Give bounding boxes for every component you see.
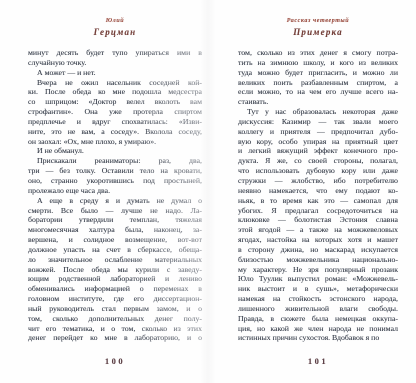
- text-line: денег перейдет ко мне в лабораторию, и о: [28, 333, 202, 343]
- text-line: оно, странно укоротившись под простыней,: [28, 176, 202, 186]
- text-line: том, сколько из этих денег я смогу потра…: [238, 48, 398, 58]
- body-text-left: минут десять будет тупо упираться ими вс…: [28, 48, 202, 343]
- text-line: Вчера не ожил насельник соседней кой-: [28, 78, 202, 88]
- text-line: смерти. Все было — лучше не надо. Ла-: [28, 206, 202, 216]
- text-line: ньяк, в то время как это — самопал для: [238, 196, 398, 206]
- text-line: И не обманул.: [28, 146, 202, 156]
- text-line: ющим родственной лабораторией и лениво: [28, 274, 202, 284]
- text-line: А еще в среду я и думать не думал о: [28, 196, 202, 206]
- text-line: Прискакали реаниматоры: раз, два,: [28, 156, 202, 166]
- text-line: в сторону джина, но маскарад искупается: [238, 245, 398, 255]
- right-page: Рассказ четвертый Примерка том, сколько …: [208, 0, 416, 383]
- text-line: Тут у нас образовалась некоторая даже: [238, 107, 398, 117]
- running-header-author-first-name: Юлий: [28, 18, 202, 24]
- text-line: стаивать.: [238, 97, 398, 107]
- text-line: неявно намекается, что ему подают ко-: [238, 186, 398, 196]
- text-line: истинных причин сухостоя. Вдобавок я по: [238, 333, 398, 343]
- text-line: обменивались информацией о переменах в: [28, 284, 202, 294]
- text-line: убогих. Я предлагал сосредоточиться на: [238, 206, 398, 216]
- text-line: му характеру. Не зря популярный прозаик: [238, 265, 398, 275]
- text-line: клюковке — болотистая Эстония славна: [238, 215, 398, 225]
- text-line: великих поить разбавленным спиртом, а: [238, 78, 398, 88]
- text-line: ягодах, настойка на которых хотя и машет: [238, 235, 398, 245]
- text-line: случайную точку.: [28, 58, 202, 68]
- text-line: лишенного живительной влаги свободы.: [238, 304, 398, 314]
- text-line: Юло Туулик выпустил роман: «Можжевель-: [238, 274, 398, 284]
- text-line: вершена, и солидное возмещение, вот-вот: [28, 235, 202, 245]
- text-line: ло значительное ослабление материальных: [28, 255, 202, 265]
- text-line: со шприцом: «Доктор велел вколоть вам: [28, 97, 202, 107]
- body-text-right: том, сколько из этих денег я смогу потра…: [238, 48, 398, 343]
- text-line: туда можно будет пригласить, и можно ли: [238, 68, 398, 78]
- text-line: ция, но какой же член народа не понимал: [238, 324, 398, 334]
- text-line: ный руководитель стал первым замом, и о: [28, 304, 202, 314]
- running-header-author-last-name: Герцман: [28, 27, 202, 37]
- text-line: минут десять будет тупо упираться ими в: [28, 48, 202, 58]
- text-line: головном институте, где его диссертацион…: [28, 294, 202, 304]
- text-line: предплечье и вдруг спохватилась: «Изви-: [28, 117, 202, 127]
- text-line: коллегу и приятеля — предпочитал дубо-: [238, 127, 398, 137]
- text-line: три — без толку. Оставили тело на кроват…: [28, 166, 202, 176]
- text-line: стружки — жлобство, ибо потребителю: [238, 176, 398, 186]
- book-spread: Юлий Герцман минут десять будет тупо упи…: [0, 0, 416, 383]
- page-number-right: 101: [238, 356, 398, 366]
- text-line: и легкий вяжущий эффект конечного про-: [238, 146, 398, 156]
- text-line: боратории утвердили темплан, тяжелая: [28, 215, 202, 225]
- text-line: ните, это не вам, а соседу». Вколола сос…: [28, 127, 202, 137]
- text-line: ник выстоит и в сушь», метафорически: [238, 284, 398, 294]
- text-line: ки. После обеда ко мне подошла медсестра: [28, 87, 202, 97]
- text-line: А может — и нет.: [28, 68, 202, 78]
- running-header-story-title: Примерка: [238, 27, 398, 37]
- text-line: строфантин». Она уже протерла спиртом: [28, 107, 202, 117]
- text-line: том, сколько дополнительных денег полу-: [28, 314, 202, 324]
- page-number-left: 100: [28, 356, 202, 366]
- text-line: он заохал: «Ох, мне плохо, я умираю».: [28, 137, 202, 147]
- text-line: должное упасть на счет в сберкассе, обещ…: [28, 245, 202, 255]
- text-line: близостью можжевельника национально-: [238, 255, 398, 265]
- text-line: намекая на стойкость эстонского народа,: [238, 294, 398, 304]
- text-line: чит его тематика, и о том, сколько из эт…: [28, 324, 202, 334]
- text-line: вожжей. После обеда мы курили с заведу-: [28, 265, 202, 275]
- running-header-author: Юлий Герцман: [28, 18, 202, 37]
- text-line: тить на зимнюю школу, и кого из великих: [238, 58, 398, 68]
- running-header-story-label: Рассказ четвертый: [238, 18, 398, 24]
- text-line: многомесячная халтура была, наконец, за-: [28, 225, 202, 235]
- text-line: пролежало еще часа два.: [28, 186, 202, 196]
- text-line: Правда, в сюжете была немецкая оккупа-: [238, 314, 398, 324]
- text-line: вую кору, особо упирая на приятный цвет: [238, 137, 398, 147]
- text-line: если можно, то на чем его лучше всего на…: [238, 87, 398, 97]
- running-header-story: Рассказ четвертый Примерка: [238, 18, 398, 37]
- text-line: этой ягодой — а также на можжевеловых: [238, 225, 398, 235]
- left-page: Юлий Герцман минут десять будет тупо упи…: [0, 0, 208, 383]
- text-line: дукта. Я же, со своей стороны, полагал,: [238, 156, 398, 166]
- text-line: что использовать дубовую кору или даже: [238, 166, 398, 176]
- text-line: дискуссия: Казимир — так звали моего: [238, 117, 398, 127]
